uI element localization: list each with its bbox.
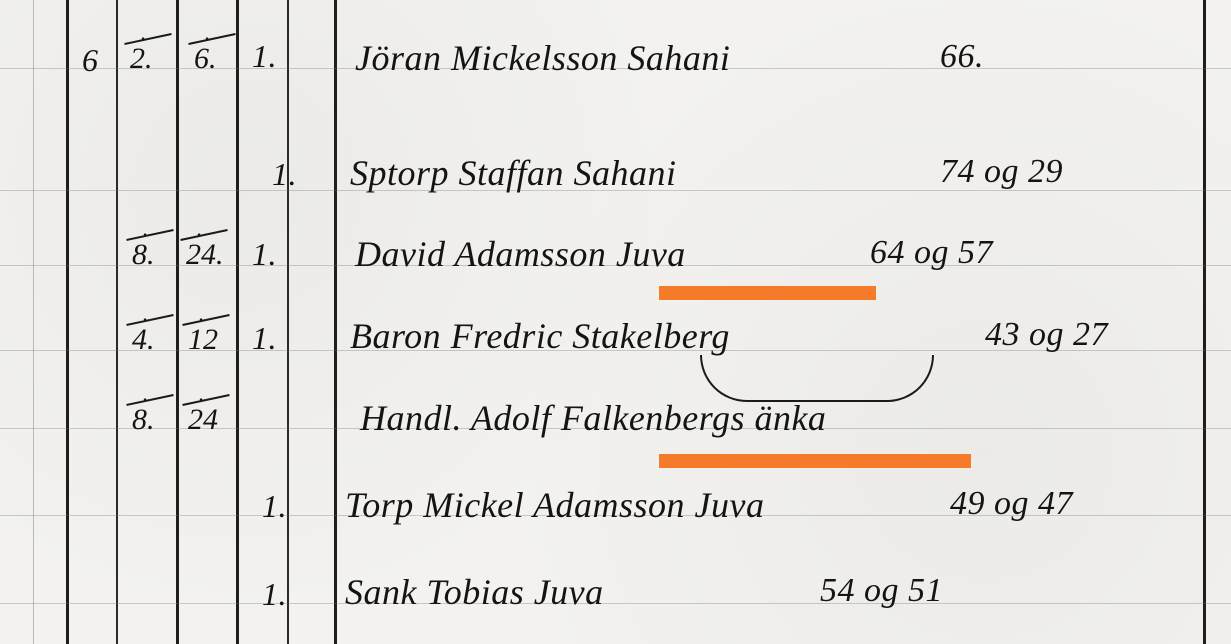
- ink-brace-mark: [700, 355, 934, 402]
- row-col-c: ·24.: [186, 240, 224, 270]
- row-col-b: ·2.: [130, 44, 153, 74]
- column-rule: [66, 0, 69, 644]
- column-rule: [116, 0, 118, 644]
- highlight-bar-juva: [659, 286, 876, 300]
- ledger-page: 6 ·2. ·6. 1. Jöran Mickelsson Sahani 66.…: [0, 0, 1231, 644]
- row-name: Torp Mickel Adamsson Juva: [345, 487, 764, 523]
- row-ages: 49 og 47: [950, 487, 1073, 521]
- col-c-value: 24.: [186, 238, 224, 271]
- row-ages: 43 og 27: [985, 318, 1108, 352]
- row-col-c: ·6.: [194, 44, 217, 74]
- row-ages: 54 og 51: [820, 574, 943, 608]
- row-col-d: 1.: [272, 158, 297, 190]
- column-rule: [176, 0, 179, 644]
- column-rule: [33, 0, 34, 644]
- row-col-d: 1.: [252, 40, 277, 72]
- row-name: Jöran Mickelsson Sahani: [355, 40, 730, 76]
- row-col-d: 1.: [252, 238, 277, 270]
- row-col-d: 1.: [262, 578, 287, 610]
- row-col-a: 6: [82, 44, 99, 76]
- row-name: Baron Fredric Stakelberg: [350, 318, 730, 354]
- row-name: Sptorp Staffan Sahani: [350, 155, 677, 191]
- row-ages: 64 og 57: [870, 236, 993, 270]
- row-col-d: 1.: [262, 490, 287, 522]
- row-col-b: ·8.: [132, 240, 155, 270]
- column-rule: [1203, 0, 1206, 644]
- row-col-b: ·4.: [132, 325, 155, 355]
- column-rule: [236, 0, 239, 644]
- row-ages: 74 og 29: [940, 155, 1063, 189]
- column-rule: [287, 0, 289, 644]
- row-col-b: ·8.: [132, 405, 155, 435]
- row-col-c: ·24: [188, 405, 218, 435]
- row-name: Handl. Adolf Falkenbergs änka: [360, 400, 826, 436]
- row-rule: [0, 603, 1231, 604]
- row-ages: 66.: [940, 40, 984, 74]
- row-name: David Adamsson Juva: [355, 236, 686, 272]
- row-col-d: 1.: [252, 322, 277, 354]
- row-col-c: ·12: [188, 325, 218, 355]
- row-name: Sank Tobias Juva: [345, 574, 604, 610]
- highlight-bar-falkenbergs: [659, 454, 971, 468]
- column-rule: [334, 0, 337, 644]
